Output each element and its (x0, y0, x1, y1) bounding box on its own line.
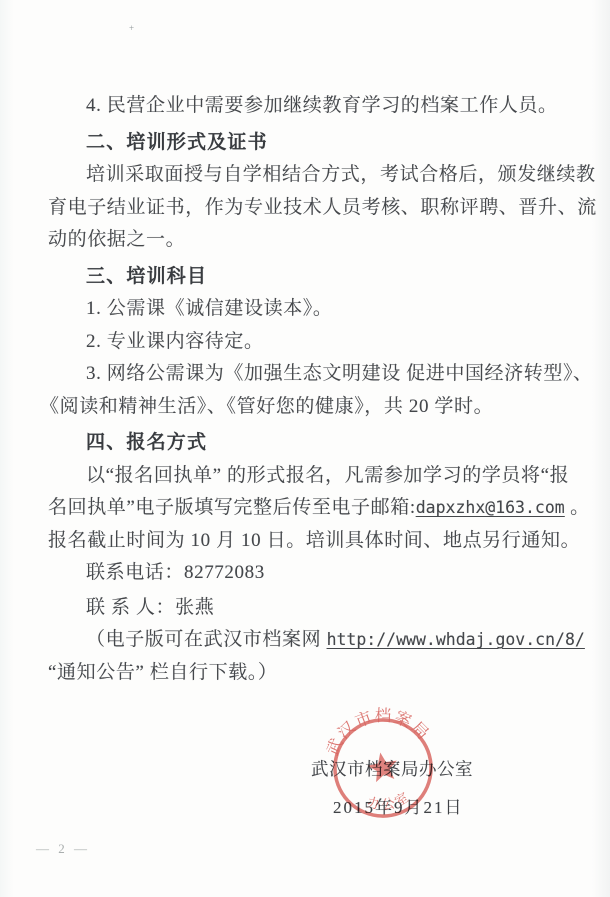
phone-line: 联系电话：82772083 (48, 557, 588, 590)
document-body: 4. 民营企业中需要参加继续教育学习的档案工作人员。 二、培训形式及证书 培训采… (48, 90, 588, 689)
section-heading-training-format: 二、培训形式及证书 (48, 127, 588, 160)
paragraph-line: 报名截止时间为 10 月 10 日。培训具体时间、地点另行通知。 (48, 525, 588, 558)
list-item-3: 3. 网络公需课为《加强生态文明建设 促进中国经济转型》、 (48, 358, 588, 391)
paragraph-line: （电子版可在武汉市档案网 http://www.whdaj.gov.cn/8/ (48, 624, 588, 657)
paragraph-line: 以“报名回执单” 的形式报名，凡需参加学习的学员将“报 (48, 460, 588, 493)
seal-star-icon (366, 750, 400, 783)
scan-speck: + (129, 23, 134, 33)
paragraph-line: 动的依据之一。 (48, 224, 588, 257)
paragraph-text: 。 (565, 497, 590, 518)
paragraph-line: 《阅读和精神生活》、《管好您的健康》，共 20 学时。 (40, 391, 588, 424)
list-item-2: 2. 专业课内容待定。 (48, 326, 588, 359)
website-url: http://www.whdaj.gov.cn/8/ (327, 630, 585, 649)
seal-arc-text: 武汉市档案局 (317, 697, 436, 761)
email-address: dapxzhx@163.com (416, 498, 565, 517)
section-heading-registration: 四、报名方式 (48, 427, 588, 460)
paragraph-text: 名回执单”电子版填写完整后传至电子邮箱: (48, 497, 416, 518)
contact-line: 联 系 人：张燕 (48, 592, 588, 625)
section-heading-training-subjects: 三、培训科目 (48, 261, 588, 294)
paragraph-line: 名回执单”电子版填写完整后传至电子邮箱:dapxzhx@163.com 。 (48, 492, 588, 525)
paragraph-text: （电子版可在武汉市档案网 (86, 629, 327, 650)
paragraph-line: 培训采取面授与自学相结合方式，考试合格后，颁发继续教 (48, 159, 588, 192)
official-seal: 武汉市档案局 办公室 (310, 695, 456, 841)
list-item-1: 1. 公需课《诚信建设读本》。 (48, 293, 588, 326)
scanned-document-page: + 4. 民营企业中需要参加继续教育学习的档案工作人员。 二、培训形式及证书 培… (0, 0, 610, 897)
paragraph-line: “通知公告” 栏自行下载。） (48, 657, 588, 690)
list-item-4: 4. 民营企业中需要参加继续教育学习的档案工作人员。 (48, 90, 588, 123)
page-number: — 2 — (36, 841, 90, 857)
paragraph-line: 育电子结业证书，作为专业技术人员考核、职称评聘、晋升、流 (48, 192, 588, 225)
